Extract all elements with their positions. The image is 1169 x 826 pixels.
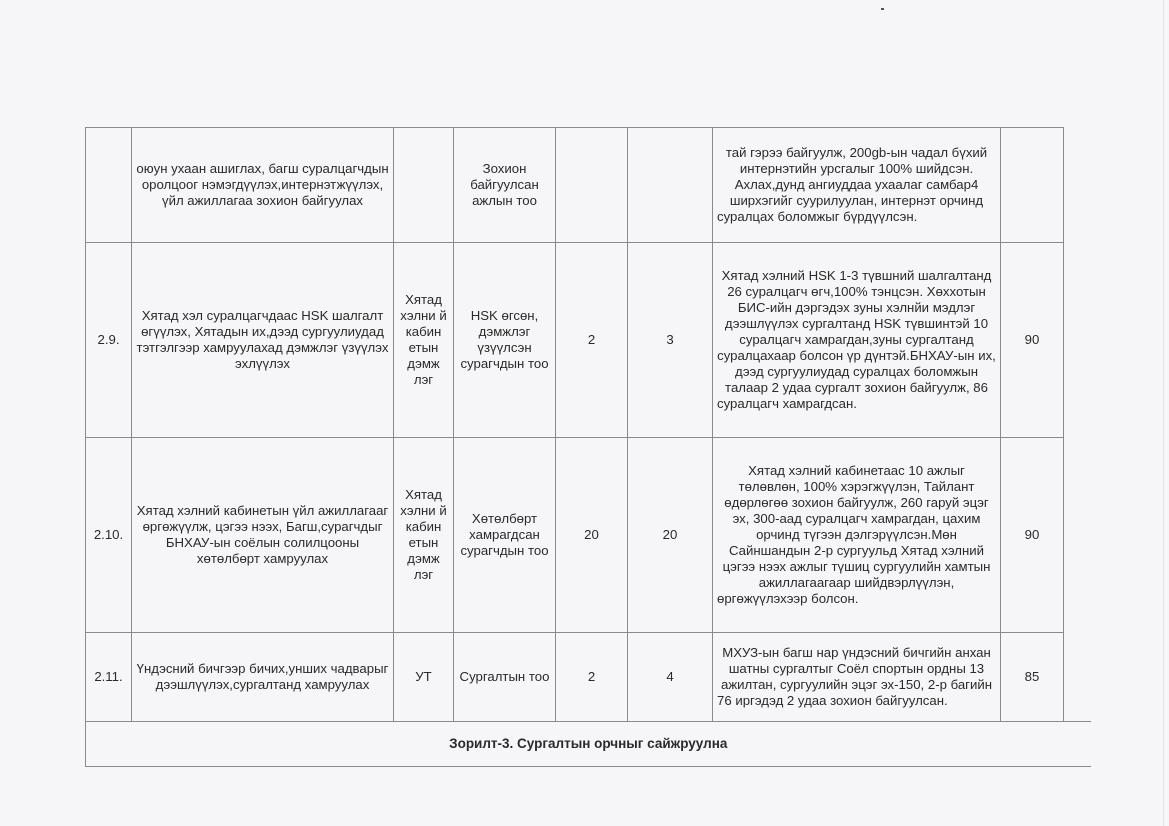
score-cell: 90 [1001,438,1064,633]
margin-cell [1064,243,1091,438]
result-cell: МХУЗ-ын багш нар үндэсний бичгийн анхан … [713,633,1001,722]
target-cell: 20 [628,438,713,633]
result-cell: Хятад хэлний кабинетаас 10 ажлыг төлөвлө… [713,438,1001,633]
responsible-cell: Хятад хэлни й кабин етын дэмж лэг [394,243,454,438]
indicator-cell: Хөтөлбөрт хамрагдсан сурагчдын тоо [454,438,556,633]
margin-cell [1064,128,1091,243]
indicator-cell: Зохион байгуулсан ажлын тоо [454,128,556,243]
baseline-cell [556,128,628,243]
margin-cell [1064,633,1091,722]
margin-cell [1064,438,1091,633]
goal-row: Зорилт-3. Сургалтын орчныг сайжруулна [86,722,1091,767]
row-number: 2.11. [86,633,132,722]
goal-heading: Зорилт-3. Сургалтын орчныг сайжруулна [86,722,1091,767]
activity-cell: оюун ухаан ашиглах, багш суралцагчдын ор… [132,128,394,243]
baseline-cell: 2 [556,633,628,722]
plan-report-table: оюун ухаан ашиглах, багш суралцагчдын ор… [85,127,1091,767]
target-cell: 3 [628,243,713,438]
responsible-cell [394,128,454,243]
activity-cell: Хятад хэлний кабинетын үйл ажиллагааг өр… [132,438,394,633]
score-cell: 90 [1001,243,1064,438]
score-cell: 85 [1001,633,1064,722]
table-row: 2.11. Үндэсний бичгээр бичих,унших чадва… [86,633,1091,722]
score-cell [1001,128,1064,243]
row-number: 2.10. [86,438,132,633]
row-number: 2.9. [86,243,132,438]
activity-cell: Хятад хэл суралцагчдаас HSK шалгалт өгүү… [132,243,394,438]
scan-edge [1163,0,1164,826]
indicator-cell: HSK өгсөн, дэмжлэг үзүүлсэн сурагчдын то… [454,243,556,438]
row-number [86,128,132,243]
activity-cell: Үндэсний бичгээр бичих,унших чадварыг дэ… [132,633,394,722]
table-row: 2.9. Хятад хэл суралцагчдаас HSK шалгалт… [86,243,1091,438]
baseline-cell: 20 [556,438,628,633]
responsible-cell: УТ [394,633,454,722]
target-cell [628,128,713,243]
baseline-cell: 2 [556,243,628,438]
responsible-cell: Хятад хэлни й кабин етын дэмж лэг [394,438,454,633]
table-row: оюун ухаан ашиглах, багш суралцагчдын ор… [86,128,1091,243]
result-cell: тай гэрээ байгуулж, 200gb-ын чадал бүхий… [713,128,1001,243]
result-cell: Хятад хэлний HSK 1-3 түвшний шалгалтанд … [713,243,1001,438]
target-cell: 4 [628,633,713,722]
indicator-cell: Сургалтын тоо [454,633,556,722]
scan-speck [881,8,884,10]
table-row: 2.10. Хятад хэлний кабинетын үйл ажиллаг… [86,438,1091,633]
